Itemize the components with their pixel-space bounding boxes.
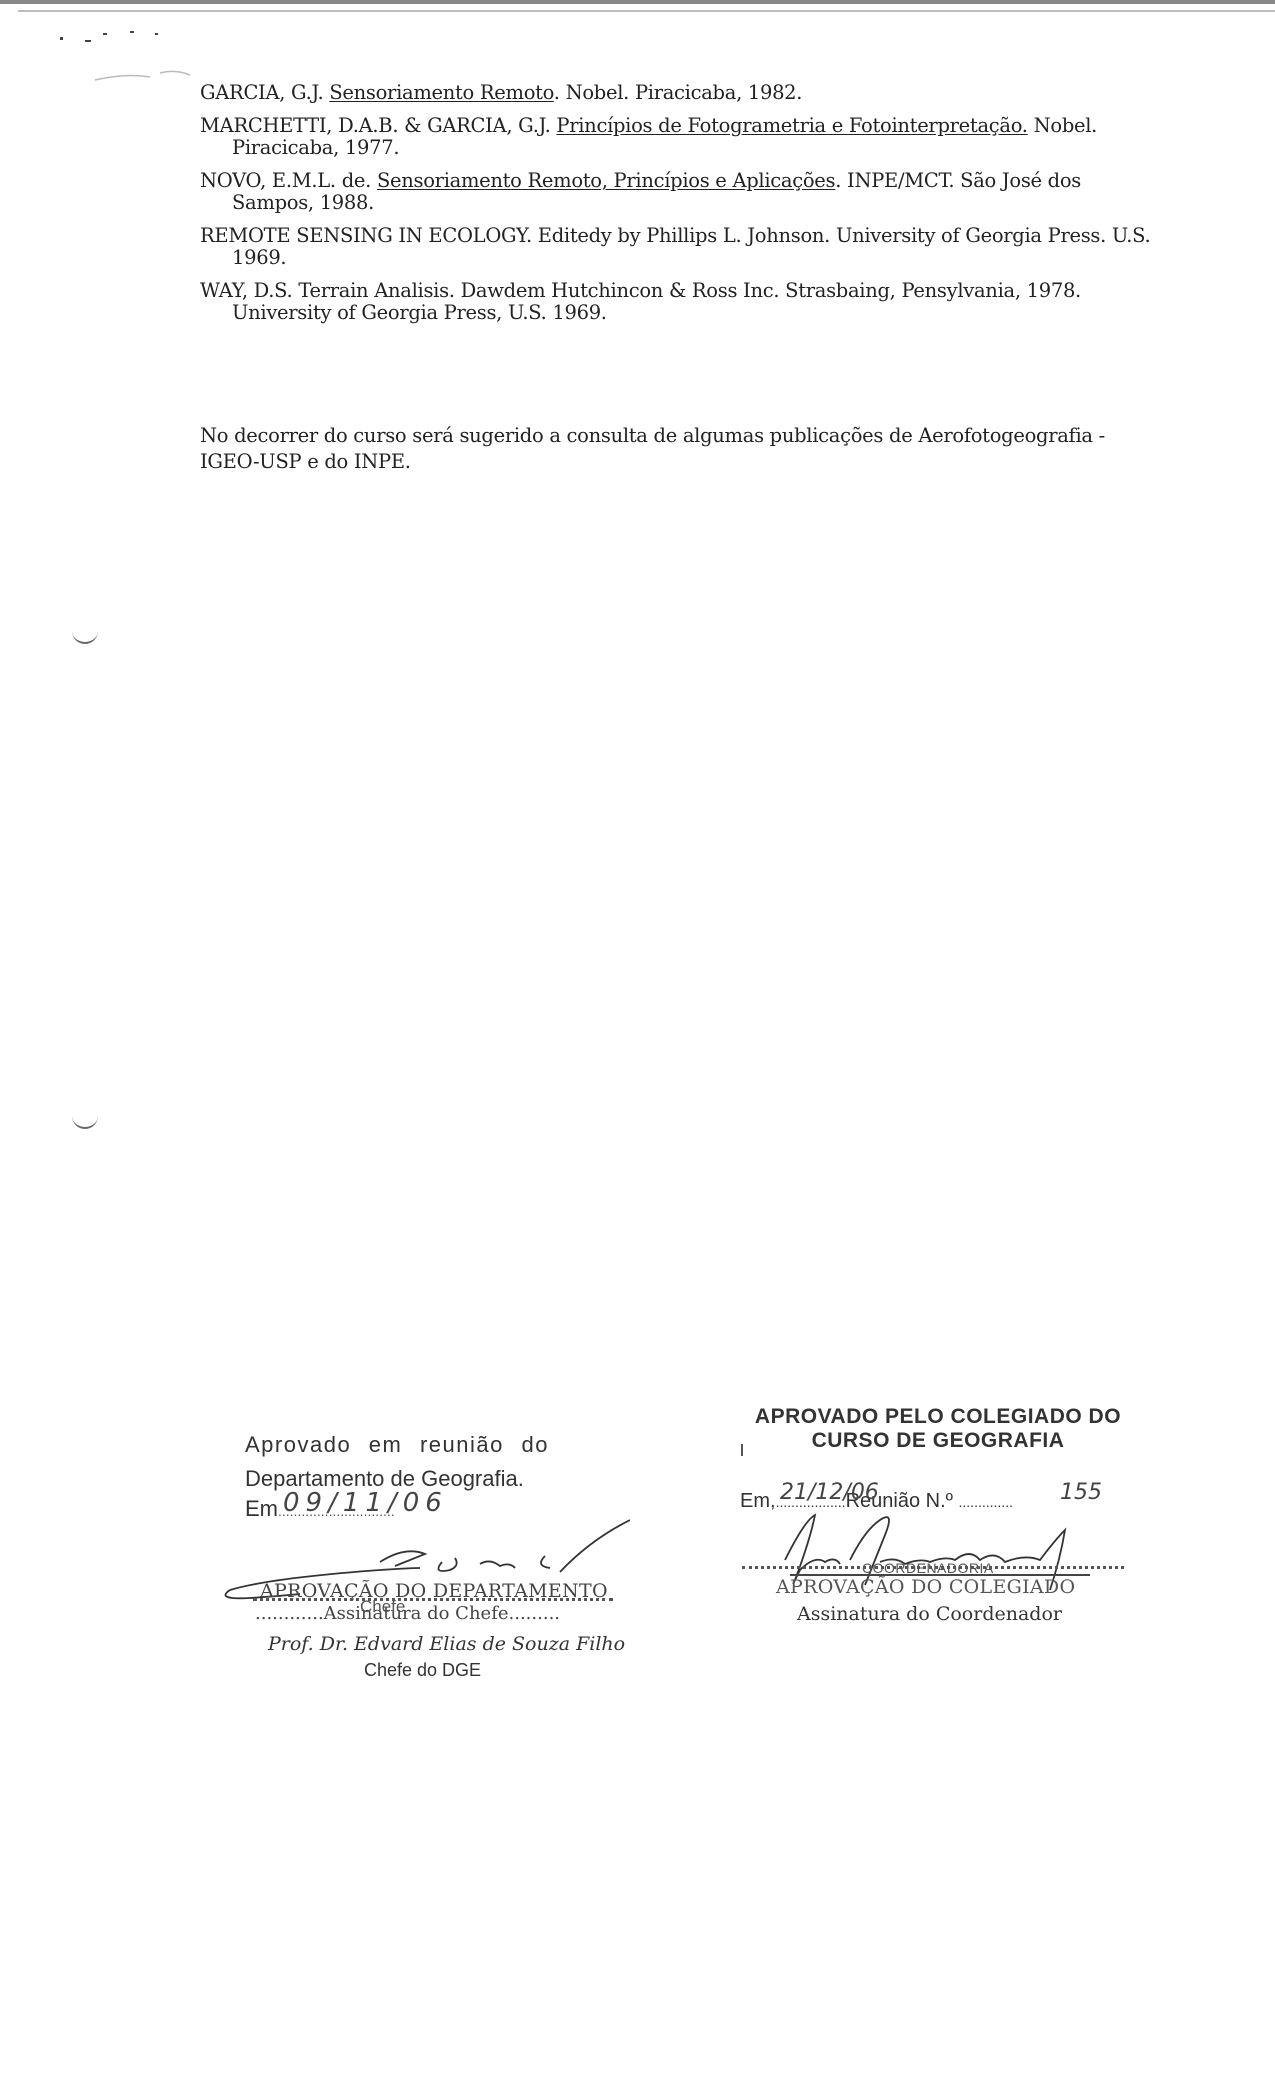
ref-authors: GARCIA, G.J. bbox=[200, 81, 323, 104]
scan-paper-edge bbox=[18, 10, 1275, 12]
ref-details: REMOTE SENSING IN ECOLOGY. Editedy by Ph… bbox=[200, 224, 1150, 269]
scan-top-edge bbox=[0, 0, 1275, 4]
coordenadoria-overlay: COORDENADORIA bbox=[862, 1560, 994, 1576]
coordinator-signature-label: Assinatura do Coordenador bbox=[797, 1603, 1062, 1625]
chefe-overlay: Chefe bbox=[360, 1597, 405, 1617]
reference-item: REMOTE SENSING IN ECOLOGY. Editedy by Ph… bbox=[200, 225, 1160, 269]
collegiate-heading-2: CURSO DE GEOGRAFIA bbox=[738, 1429, 1138, 1453]
hole-punch-mark bbox=[72, 1113, 98, 1129]
ref-details: . Nobel. Piracicaba, 1982. bbox=[554, 81, 802, 104]
ref-title: Sensoriamento Remoto bbox=[329, 81, 553, 104]
signature-label: ............Assinatura do Chefe.........… bbox=[255, 1603, 635, 1624]
sign-label-text: ............Assinatura do Chefe......... bbox=[255, 1603, 560, 1624]
reference-item: GARCIA, G.J. Sensoriamento Remoto. Nobel… bbox=[200, 82, 1160, 104]
collegiate-title: APROVAÇÃO DO COLEGIADO bbox=[776, 1576, 1075, 1598]
chefe-name: Prof. Dr. Edvard Elias de Souza Filho bbox=[268, 1633, 625, 1655]
ref-title: Princípios de Fotogrametria e Fotointerp… bbox=[556, 114, 1027, 137]
ref-title: Sensoriamento Remoto, Princípios e Aplic… bbox=[377, 169, 835, 192]
course-note: No decorrer do curso será sugerido a con… bbox=[200, 423, 1165, 475]
reference-item: MARCHETTI, D.A.B. & GARCIA, G.J. Princíp… bbox=[200, 115, 1160, 159]
hole-punch-mark bbox=[72, 628, 98, 644]
ref-authors: NOVO, E.M.L. de. bbox=[200, 169, 371, 192]
reference-list: GARCIA, G.J. Sensoriamento Remoto. Nobel… bbox=[200, 82, 1160, 335]
collegiate-heading-1: APROVADO PELO COLEGIADO DO bbox=[738, 1405, 1138, 1429]
ref-authors: MARCHETTI, D.A.B. & GARCIA, G.J. bbox=[200, 114, 551, 137]
scan-speckles bbox=[55, 25, 205, 85]
reference-item: WAY, D.S. Terrain Analisis. Dawdem Hutch… bbox=[200, 280, 1160, 324]
scan-mark bbox=[741, 1444, 743, 1456]
stamp-line-1: Aprovado em reunião do bbox=[245, 1432, 645, 1458]
reference-item: NOVO, E.M.L. de. Sensoriamento Remoto, P… bbox=[200, 170, 1160, 214]
collegiate-approval-stamp: APROVADO PELO COLEGIADO DO CURSO DE GEOG… bbox=[738, 1405, 1138, 1453]
chefe-role: Chefe do DGE bbox=[364, 1660, 481, 1681]
ref-details: WAY, D.S. Terrain Analisis. Dawdem Hutch… bbox=[200, 279, 1081, 324]
